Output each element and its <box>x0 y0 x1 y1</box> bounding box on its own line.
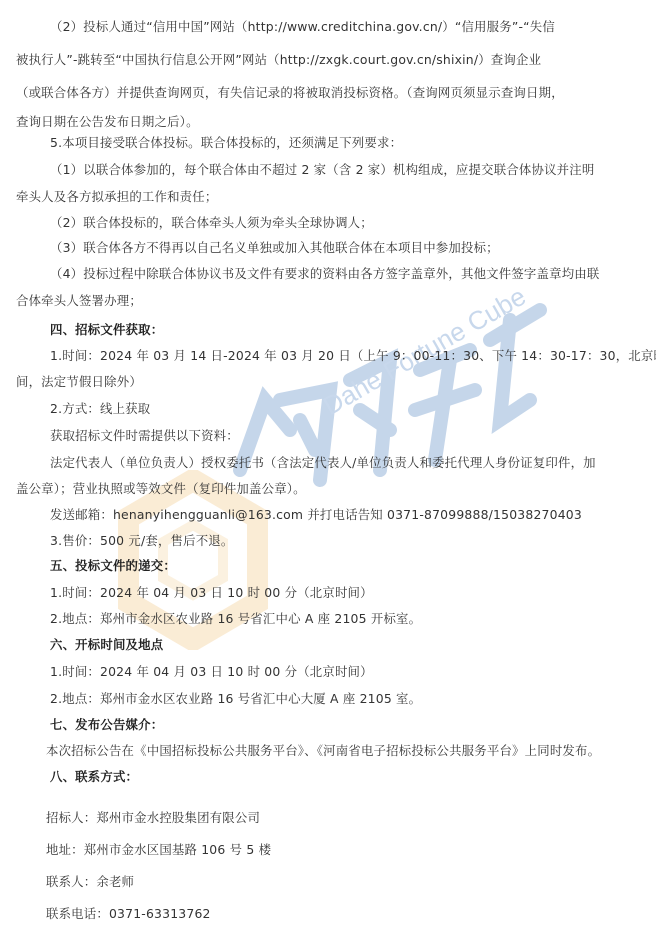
contact-phone: 联系电话：0371-63313762 <box>46 906 211 922</box>
paragraph-consortium-4-line-1: （4）投标过程中除联合体协议书及文件有要求的资料由各方签字盖章外，其他文件签字盖… <box>50 266 599 282</box>
paragraph-publish-media: 本次招标公告在《中国招标投标公共服务平台》、《河南省电子招标投标公共服务平台》上… <box>46 743 600 759</box>
paragraph-acquire-time-line-1: 1.时间：2024 年 03 月 14 日-2024 年 03 月 20 日（上… <box>50 348 656 364</box>
paragraph-submit-location: 2.地点：郑州市金水区农业路 16 号省汇中心 A 座 2105 开标室。 <box>50 611 421 627</box>
section-heading-8: 八、联系方式： <box>50 769 138 785</box>
section-heading-5: 五、投标文件的递交： <box>50 558 176 574</box>
paragraph-credit-check-line-4: 查询日期在公告发布日期之后）。 <box>16 114 199 130</box>
contact-tenderer: 招标人：郑州市金水控股集团有限公司 <box>46 810 260 826</box>
paragraph-credit-check-line-1: （2）投标人通过“信用中国”网站（http://www.creditchina.… <box>50 19 555 35</box>
paragraph-consortium-3: （3）联合体各方不得再以自己名义单独或加入其他联合体在本项目中参加投标； <box>50 240 499 256</box>
section-heading-6: 六、开标时间及地点 <box>50 637 163 653</box>
paragraph-price: 3.售价：500 元/套，售后不退。 <box>50 533 233 549</box>
paragraph-opening-time: 1.时间：2024 年 04 月 03 日 10 时 00 分（北京时间） <box>50 664 373 680</box>
contact-address: 地址：郑州市金水区国基路 106 号 5 楼 <box>46 842 271 858</box>
section-heading-7: 七、发布公告媒介： <box>50 717 163 733</box>
paragraph-consortium-intro: 5.本项目接受联合体投标。联合体投标的，还须满足下列要求： <box>50 135 402 151</box>
paragraph-materials-list-line-2: 盖公章）；营业执照或等效文件（复印件加盖公章）。 <box>16 481 306 497</box>
paragraph-consortium-4-line-2: 合体牵头人签署办理； <box>16 293 142 309</box>
paragraph-required-materials: 获取招标文件时需提供以下资料： <box>50 428 239 444</box>
paragraph-send-email: 发送邮箱：henanyihengguanli@163.com 并打电话告知 03… <box>50 507 582 523</box>
paragraph-consortium-2: （2）联合体投标的，联合体牵头人须为牵头全球协调人； <box>50 215 373 231</box>
paragraph-consortium-1-line-1: （1）以联合体参加的，每个联合体由不超过 2 家（含 2 家）机构组成，应提交联… <box>50 162 594 178</box>
contact-person: 联系人：余老师 <box>46 874 134 890</box>
paragraph-submit-time: 1.时间：2024 年 04 月 03 日 10 时 00 分（北京时间） <box>50 585 373 601</box>
paragraph-acquire-time-line-2: 间，法定节假日除外） <box>16 374 142 390</box>
paragraph-credit-check-line-2: 被执行人”-跳转至“中国执行信息公开网”网站（http://zxgk.court… <box>16 52 541 68</box>
section-heading-4: 四、招标文件获取： <box>50 322 163 338</box>
paragraph-acquire-method: 2.方式：线上获取 <box>50 401 150 417</box>
paragraph-opening-location: 2.地点：郑州市金水区农业路 16 号省汇中心大厦 A 座 2105 室。 <box>50 691 421 707</box>
paragraph-credit-check-line-3: （或联合体各方）并提供查询网页，有失信记录的将被取消投标资格。（查询网页须显示查… <box>16 85 564 101</box>
paragraph-materials-list-line-1: 法定代表人（单位负责人）授权委托书（含法定代表人/单位负责人和委托代理人身份证复… <box>50 455 596 471</box>
paragraph-consortium-1-line-2: 牵头人及各方拟承担的工作和责任； <box>16 189 217 205</box>
